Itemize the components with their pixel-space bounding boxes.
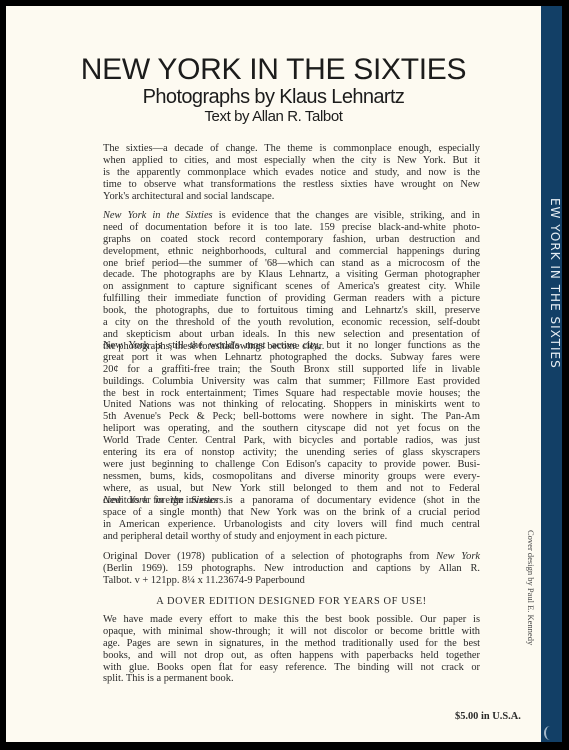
text-line: need of documentation before it is too l…	[103, 222, 480, 234]
dover-banner: A DOVER EDITION DESIGNED FOR YEARS OF US…	[103, 596, 480, 607]
text-line: 5th Avenue's Peck & Peck; bell-bottoms w…	[103, 411, 480, 423]
text-line: 20¢ for a graffiti-free train; the South…	[103, 364, 480, 376]
text-line: one brief period—the summer of '68—which…	[103, 258, 480, 270]
paragraph-city: New York is still the world's most activ…	[103, 340, 480, 506]
book-subtitle: Photographs by Klaus Lehnartz	[6, 86, 541, 108]
text-line: New York is still the world's most activ…	[103, 340, 480, 352]
book-title-italic: New York in the Sixties	[103, 495, 218, 506]
text-line: age. Pages are sewn in signatures, in th…	[103, 638, 480, 650]
text-line: on assignment to capture significant sce…	[103, 281, 480, 293]
text-line: in American experience. Urbanologists an…	[103, 519, 480, 531]
text-line: and peripheral detail worthy of study an…	[103, 531, 480, 543]
paragraph-quality: We have made every effort to make this t…	[103, 614, 480, 685]
text-line: the best in rock entertainment; Times Sq…	[103, 388, 480, 400]
text-line: time to observe what transformations the…	[103, 179, 480, 191]
text-line: split. This is a permanent book.	[103, 673, 480, 685]
paragraph-intro: The sixties—a decade of change. The them…	[103, 143, 480, 202]
text-line: Original Dover (1978) publication of a s…	[103, 551, 480, 563]
text-line: We have made every effort to make this t…	[103, 614, 480, 626]
text-line: (Berlin 1969). 159 photographs. New intr…	[103, 563, 480, 575]
text-line: opaque, with minimal show-through; it wi…	[103, 626, 480, 638]
price-label: $5.00 in U.S.A.	[455, 711, 521, 722]
text-line: Talbot. v + 121pp. 8¼ x 11.23674-9 Paper…	[103, 575, 480, 587]
text-line: and skepticism about urban ideals. In th…	[103, 329, 480, 341]
text-line: when applied to cities, and most especia…	[103, 155, 480, 167]
text-line: New York in the Sixties is evidence that…	[103, 210, 480, 222]
text-line: were just beginning to challenge Con Edi…	[103, 459, 480, 471]
text-line: is the apparently commonplace which evad…	[103, 167, 480, 179]
publication-info: Original Dover (1978) publication of a s…	[103, 551, 480, 587]
text-line: book, the photographs, due to fortuitous…	[103, 305, 480, 317]
text-line: York's architectural and social landscap…	[103, 191, 480, 203]
text-line: graphs on coated stock record contempora…	[103, 234, 480, 246]
text-line: buildings. Columbia University was calm …	[103, 376, 480, 388]
text-line: heliport was operating, and the southern…	[103, 423, 480, 435]
text-line: decade. The photographs are by Klaus Leh…	[103, 269, 480, 281]
book-title: NEW YORK IN THE SIXTIES	[6, 54, 541, 86]
text-line: a city on the threshold of the youth rev…	[103, 317, 480, 329]
book-byline: Text by Allan R. Talbot	[6, 108, 541, 126]
text-line: where, as usual, but New York still belo…	[103, 483, 480, 495]
text-line: New York in the Sixties is a panorama of…	[103, 495, 480, 507]
spine-logo-icon	[544, 726, 556, 740]
paragraph-panorama: New York in the Sixties is a panorama of…	[103, 495, 480, 543]
cover-design-credit: Cover design by Paul E. Kennedy	[526, 530, 536, 700]
text-line: United Nations was not thinking of reloc…	[103, 399, 480, 411]
text-line: nessmen, bums, kids, cosmopolitans and d…	[103, 471, 480, 483]
text-line: entering its era of nonstop activity; th…	[103, 447, 480, 459]
text-line: The sixties—a decade of change. The them…	[103, 143, 480, 155]
text-line: books, and will not drop out, as often h…	[103, 650, 480, 662]
text-line: development, ethnic neighborhoods, cultu…	[103, 246, 480, 258]
text-line: space of a single month) that New York w…	[103, 507, 480, 519]
catalog-number: 23674-9 Paperbound	[218, 575, 305, 586]
book-spine: NEW YORK IN THE SIXTIES	[541, 6, 562, 742]
text-line: great port it was when Lehnartz photogra…	[103, 352, 480, 364]
text-line: with glue. Books open flat for easy refe…	[103, 662, 480, 674]
text-line: fulfilling their immediate function of p…	[103, 293, 480, 305]
spine-title: NEW YORK IN THE SIXTIES	[541, 196, 562, 396]
paragraph-evidence: New York in the Sixties is evidence that…	[103, 210, 480, 353]
book-title-italic: New York in the Sixties	[103, 210, 213, 221]
text-line: World Trade Center. Central Park, with b…	[103, 435, 480, 447]
